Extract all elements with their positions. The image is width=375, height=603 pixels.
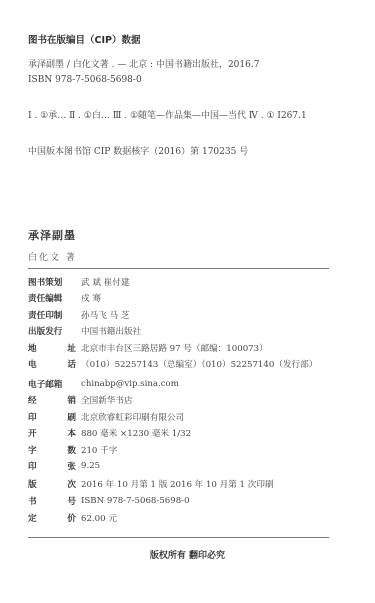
detail-label: 开	[28, 427, 37, 439]
detail-value: （010）52257143（总编室）（010）52257140（发行部）	[81, 358, 317, 370]
detail-label: 书	[28, 495, 37, 507]
copyright-notice: 版权所有 翻印必究	[0, 548, 375, 561]
cip-line-classification: Ⅰ . ①承… Ⅱ . ①白… Ⅲ . ①随笔—作品集—中国—当代 Ⅳ . ① …	[28, 108, 307, 121]
cip-line-title: 承泽副墨 / 白化文著 . — 北京 : 中国书籍出版社，2016.7	[28, 57, 259, 70]
detail-value: 北京市丰台区三路居路 97 号（邮编：100073）	[81, 342, 268, 354]
detail-value: 880 毫米 ×1230 毫米 1/32	[81, 427, 191, 439]
cip-line-isbn: ISBN 978-7-5068-5698-0	[28, 75, 142, 85]
detail-row: 书号ISBN 978-7-5068-5698-0	[28, 494, 190, 508]
divider-bottom	[28, 537, 329, 538]
detail-label: 电子邮箱	[28, 378, 62, 390]
detail-label: 电	[28, 358, 37, 370]
detail-row: 责任印制孙马飞 马 芝	[28, 308, 129, 322]
detail-label: 字	[28, 444, 37, 456]
detail-value: 62.00 元	[81, 512, 117, 524]
detail-row: 图书策划武 斌 崔付建	[28, 275, 129, 289]
detail-label: 经	[28, 394, 37, 406]
detail-row: 定价62.00 元	[28, 511, 117, 525]
book-author: 白化文 著	[28, 250, 77, 263]
cip-line-record-number: 中国版本图书馆 CIP 数据核字（2016）第 170235 号	[28, 144, 248, 157]
detail-value: 2016 年 10 月第 1 版 2016 年 10 月第 1 次印刷	[81, 478, 274, 490]
detail-label: 定	[28, 512, 37, 524]
detail-value: 北京欣睿虹彩印刷有限公司	[81, 411, 184, 423]
detail-value: ISBN 978-7-5068-5698-0	[81, 496, 190, 506]
detail-row: 印张9.25	[28, 459, 100, 473]
detail-value: 9.25	[81, 461, 100, 471]
detail-label: 责任印制	[28, 309, 62, 321]
detail-value: 武 斌 崔付建	[81, 276, 129, 288]
detail-row: 版次2016 年 10 月第 1 版 2016 年 10 月第 1 次印刷	[28, 477, 274, 491]
book-title: 承泽副墨	[28, 227, 76, 243]
detail-value: 全国新华书店	[81, 394, 133, 406]
detail-row: 印刷北京欣睿虹彩印刷有限公司	[28, 410, 184, 424]
detail-label: 版	[28, 478, 37, 490]
detail-row: 出版发行中国书籍出版社	[28, 324, 141, 338]
detail-row: 责任编辑戍 骞	[28, 291, 101, 305]
detail-row: 地址北京市丰台区三路居路 97 号（邮编：100073）	[28, 341, 268, 355]
detail-row: 开本880 毫米 ×1230 毫米 1/32	[28, 426, 191, 440]
detail-value: chinabp@vip.sina.com	[81, 379, 179, 389]
detail-row: 经销全国新华书店	[28, 393, 133, 407]
detail-label: 地	[28, 342, 37, 354]
detail-label: 印	[28, 460, 37, 472]
detail-label: 出版发行	[28, 325, 62, 337]
detail-label: 图书策划	[28, 276, 62, 288]
detail-row: 电话（010）52257143（总编室）（010）52257140（发行部）	[28, 357, 317, 371]
detail-value: 孙马飞 马 芝	[81, 309, 129, 321]
detail-value: 中国书籍出版社	[81, 325, 141, 337]
detail-value: 210 千字	[81, 444, 117, 456]
divider-top	[28, 268, 329, 269]
detail-value: 戍 骞	[81, 292, 101, 304]
detail-label: 印	[28, 411, 37, 423]
detail-row: 电子邮箱chinabp@vip.sina.com	[28, 377, 179, 391]
cip-heading: 图书在版编目（CIP）数据	[28, 32, 140, 46]
detail-row: 字数210 千字	[28, 443, 117, 457]
detail-label: 责任编辑	[28, 292, 62, 304]
